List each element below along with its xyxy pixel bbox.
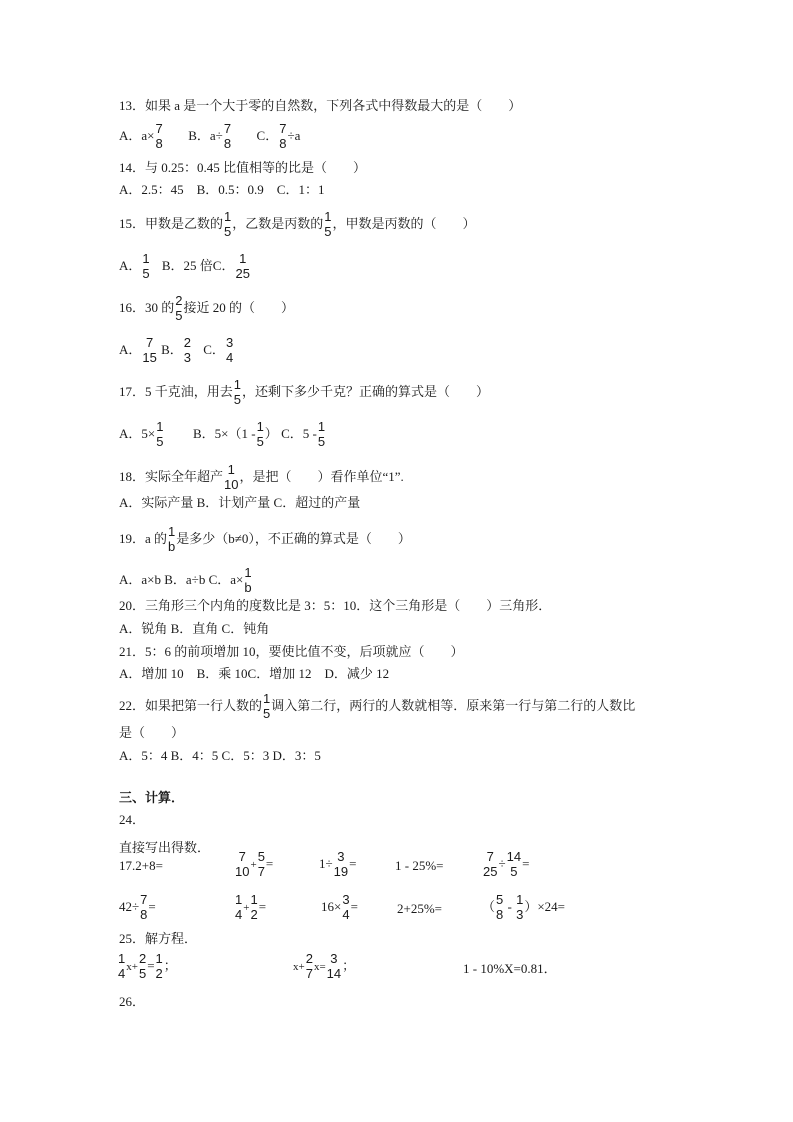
question-13-stem: 13．如果 a 是一个大于零的自然数，下列各式中得数最大的是（ ） (119, 98, 521, 114)
question-26-label: 26． (119, 994, 145, 1010)
calc-r2-e5: （58 - 13）×24= (482, 893, 565, 923)
fraction: 58 (496, 892, 503, 922)
calc-r2-e3: 16×34= (321, 893, 358, 923)
fraction: 15 (324, 209, 331, 239)
question-21-stem: 21．5：6 的前项增加 10，要使比值不变，后项就应（ ） (119, 644, 464, 660)
question-17-options: A．5×15 B．5×（1 -15） C．5 -15 (119, 420, 326, 450)
equation-3: 1 - 10%X=0.81． (463, 961, 557, 977)
question-22-stem: 22．如果把第一行人数的15调入第二行，两行的人数就相等．原来第一行与第二行的人… (119, 692, 635, 722)
fraction: 57 (258, 849, 265, 879)
section-3-title: 三、计算． (119, 790, 184, 806)
fraction: 1b (168, 524, 175, 554)
fraction: 23 (184, 335, 191, 365)
calc-r1-e5: 725÷145= (482, 850, 529, 880)
fraction: 125 (235, 251, 249, 281)
fraction: 78 (156, 121, 163, 151)
fraction: 78 (140, 892, 147, 922)
question-21-options: A．增加 10 B．乘 10C．增加 12 D．减少 12 (119, 666, 389, 682)
calc-r2-e1: 42÷78= (119, 893, 156, 923)
question-18-options: A．实际产量 B．计划产量 C．超过的产量 (119, 495, 360, 511)
equation-2: x+27x=314； (293, 952, 355, 982)
option-b-label: B．a÷ (188, 128, 223, 143)
fraction: 25 (139, 951, 146, 981)
fraction: 25 (175, 293, 182, 323)
question-22-stem-cont: 是（ ） (119, 725, 184, 741)
fraction: 14 (235, 892, 242, 922)
option-c-suffix: ÷a (287, 128, 300, 143)
question-20-options: A．锐角 B．直角 C．钝角 (119, 621, 269, 637)
question-25-label: 25．解方程． (119, 931, 197, 947)
fraction: 725 (483, 849, 497, 879)
option-c-label: C． (257, 128, 279, 143)
equation-1: 14x+25=12； (117, 952, 177, 982)
fraction: 13 (516, 892, 523, 922)
calc-r2-e2: 14+12= (234, 893, 266, 923)
option-a-label: A．a× (119, 128, 155, 143)
question-16-options: A．715 B．23 C．34 (119, 336, 234, 366)
fraction: 314 (327, 951, 341, 981)
fraction: 15 (263, 691, 270, 721)
calc-r2-e4: 2+25%= (397, 901, 442, 917)
question-20-stem: 20．三角形三个内角的度数比是 3：5：10．这个三角形是（ ）三角形． (119, 598, 551, 614)
fraction: 15 (156, 419, 163, 449)
fraction: 15 (234, 377, 241, 407)
fraction: 110 (224, 462, 238, 492)
question-13-options: A．a×78 B．a÷78 C．78÷a (119, 122, 300, 152)
fraction: 715 (142, 335, 156, 365)
calc-r1-e1: 17.2+8= (119, 858, 163, 874)
fraction: 15 (224, 209, 231, 239)
fraction: 15 (257, 419, 264, 449)
fraction: 34 (226, 335, 233, 365)
fraction: 1b (244, 565, 251, 595)
question-14-options: A．2.5：45 B．0.5：0.9 C．1：1 (119, 182, 324, 198)
question-24-instruction: 直接写出得数． (119, 840, 210, 856)
fraction: 78 (224, 121, 231, 151)
calc-r1-e3: 1÷319= (319, 850, 356, 880)
question-19-options: A．a×b B．a÷b C．a×1b (119, 566, 253, 596)
question-15-options: A．15 B．25 倍C．125 (119, 252, 251, 282)
fraction: 12 (250, 892, 257, 922)
fraction: 15 (142, 251, 149, 281)
question-15-stem: 15．甲数是乙数的15，乙数是丙数的15，甲数是丙数的（ ） (119, 210, 476, 240)
question-18-stem: 18．实际全年超产110，是把（ ）看作单位“1”. (119, 463, 404, 493)
fraction: 319 (334, 849, 348, 879)
fraction: 78 (279, 121, 286, 151)
question-17-stem: 17．5 千克油，用去15，还剩下多少千克？正确的算式是（ ） (119, 378, 489, 408)
fraction: 14 (118, 951, 125, 981)
fraction: 27 (306, 951, 313, 981)
question-14-stem: 14．与 0.25：0.45 比值相等的比是（ ） (119, 160, 366, 176)
question-19-stem: 19．a 的1b是多少（b≠0），不正确的算式是（ ） (119, 525, 411, 555)
question-16-stem: 16．30 的25接近 20 的（ ） (119, 294, 294, 324)
question-22-options: A．5：4 B．4：5 C．5：3 D．3：5 (119, 748, 321, 764)
calc-r1-e4: 1 - 25%= (395, 858, 444, 874)
fraction: 145 (507, 849, 521, 879)
fraction: 12 (156, 951, 163, 981)
fraction: 34 (342, 892, 349, 922)
question-24-label: 24． (119, 812, 145, 828)
fraction: 710 (235, 849, 249, 879)
fraction: 15 (318, 419, 325, 449)
calc-r1-e2: 710+57= (234, 850, 273, 880)
